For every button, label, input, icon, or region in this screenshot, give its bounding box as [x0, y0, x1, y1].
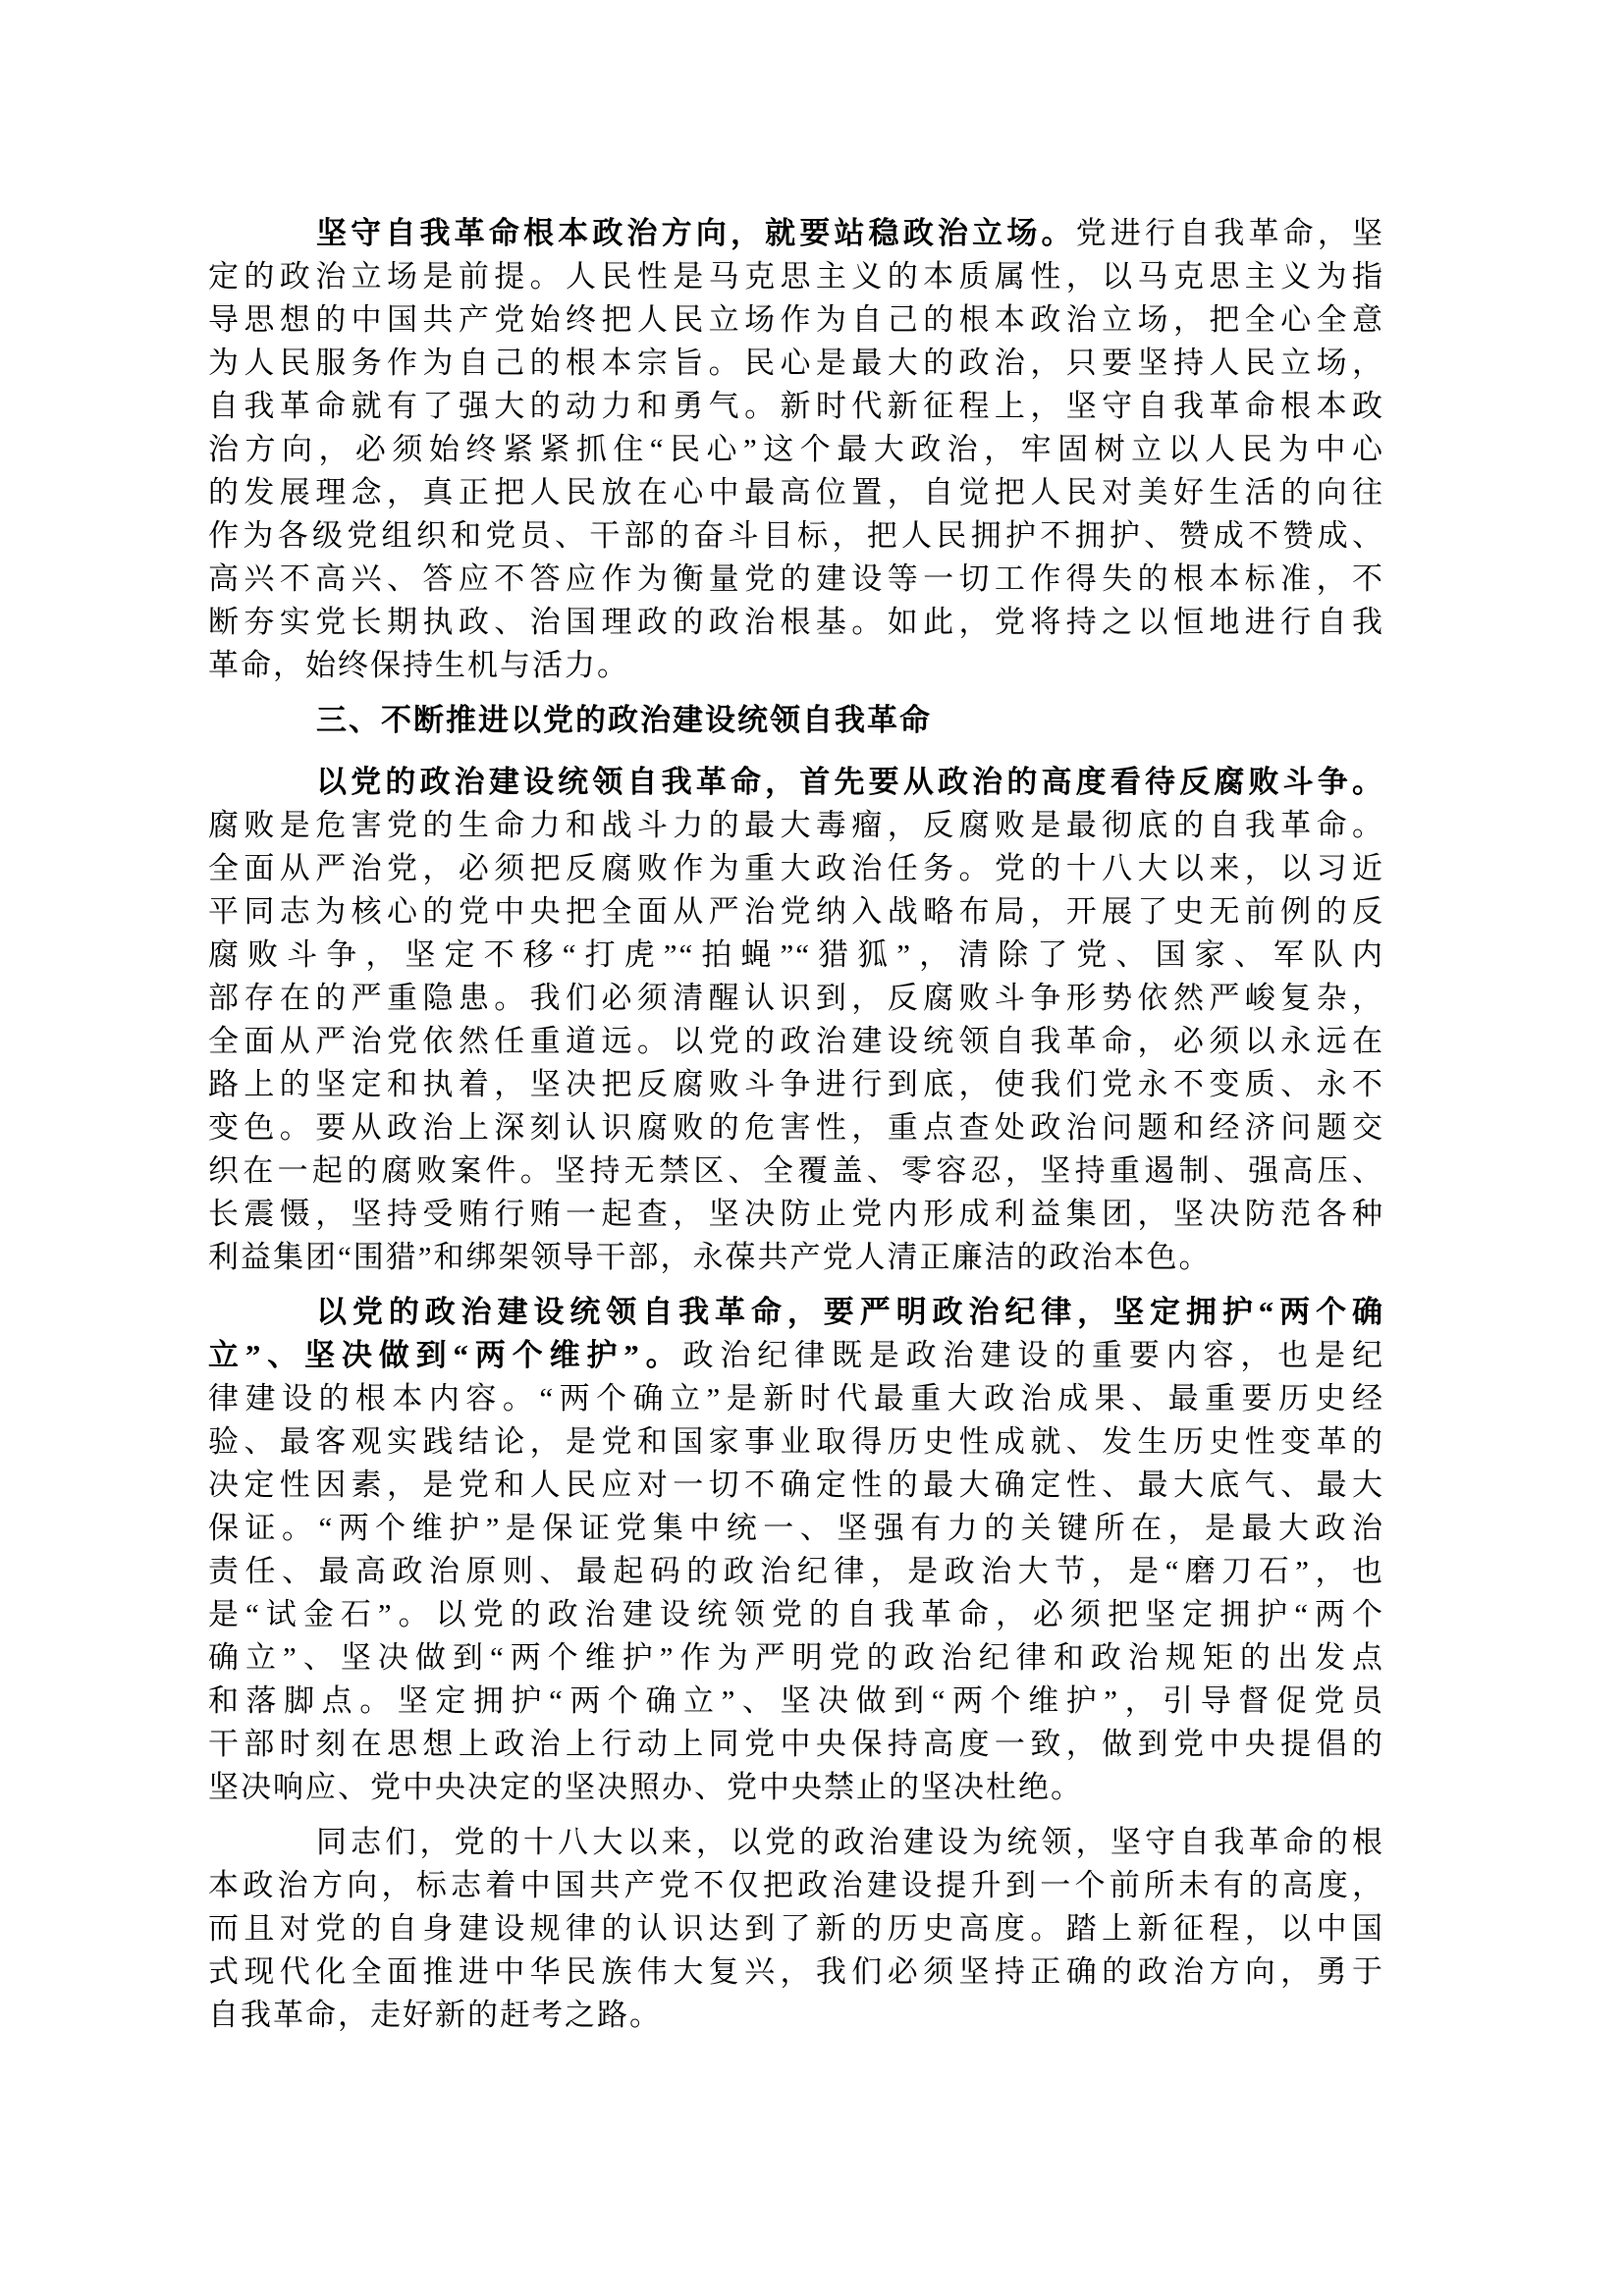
- text-run: 路上的坚定和执着，坚决把反腐败斗争进行到底，使我们党永不变质、永不: [208, 1067, 1384, 1101]
- text-line: 路上的坚定和执着，坚决把反腐败斗争进行到底，使我们党永不变质、永不: [208, 1063, 1384, 1106]
- text-run: 长震慑，坚持受贿行贿一起查，坚决防止党内形成利益集团，坚决防范各种: [208, 1197, 1384, 1231]
- text-run: 自我革命就有了强大的动力和勇气。新时代新征程上，坚守自我革命根本政: [208, 389, 1384, 423]
- text-run: 腐败斗争，坚定不移“打虎”“拍蝇”“猎狐”，清除了党、国家、军队内: [208, 937, 1384, 972]
- text-line: 律建设的根本内容。“两个确立”是新时代最重大政治成果、最重要历史经: [208, 1377, 1384, 1420]
- text-run: 责任、最高政治原则、最起码的政治纪律，是政治大节，是“磨刀石”，也: [208, 1554, 1384, 1588]
- text-line: 是“试金石”。以党的政治建设统领党的自我革命，必须把坚定拥护“两个: [208, 1593, 1384, 1636]
- text-line: 而且对党的自身建设规律的认识达到了新的历史高度。踏上新征程，以中国: [208, 1907, 1384, 1950]
- text-line: 保证。“两个维护”是保证党集中统一、坚强有力的关键所在，是最大政治: [208, 1507, 1384, 1550]
- text-line: 导思想的中国共产党始终把人民立场作为自己的根本政治立场，把全心全意: [208, 298, 1384, 342]
- text-run: 干部时刻在思想上政治上行动上同党中央保持高度一致，做到党中央提倡的: [208, 1727, 1384, 1761]
- text-run: 验、最客观实践结论，是党和国家事业取得历史性成就、发生历史性变革的: [208, 1424, 1384, 1459]
- text-run: 平同志为核心的党中央把全面从严治党纳入战略布局，开展了史无前例的反: [208, 894, 1384, 929]
- text-line: 确立”、坚决做到“两个维护”作为严明党的政治纪律和政治规矩的出发点: [208, 1636, 1384, 1680]
- text-run: 部存在的严重隐患。我们必须清醒认识到，反腐败斗争形势依然严峻复杂，: [208, 981, 1384, 1015]
- text-line: 部存在的严重隐患。我们必须清醒认识到，反腐败斗争形势依然严峻复杂，: [208, 977, 1384, 1020]
- text-line: 本政治方向，标志着中国共产党不仅把政治建设提升到一个前所未有的高度，: [208, 1864, 1384, 1907]
- text-run: 保证。“两个维护”是保证党集中统一、坚强有力的关键所在，是最大政治: [208, 1511, 1384, 1545]
- text-line: 高兴不高兴、答应不答应作为衡量党的建设等一切工作得失的根本标准，不: [208, 558, 1384, 601]
- text-line: 利益集团“围猎”和绑架领导干部，永葆共产党人清正廉洁的政治本色。: [208, 1236, 1384, 1279]
- paragraph: 以党的政治建设统领自我革命，首先要从政治的高度看待反腐败斗争。腐败是危害党的生命…: [208, 761, 1384, 1279]
- text-run: 全面从严治党，必须把反腐败作为重大政治任务。党的十八大以来，以习近: [208, 851, 1384, 885]
- text-line: 变色。要从政治上深刻认识腐败的危害性，重点查处政治问题和经济问题交: [208, 1106, 1384, 1149]
- text-line: 决定性因素，是党和人民应对一切不确定性的最大确定性、最大底气、最大: [208, 1464, 1384, 1507]
- text-line: 全面从严治党，必须把反腐败作为重大政治任务。党的十八大以来，以习近: [208, 847, 1384, 890]
- text-run: 定的政治立场是前提。人民性是马克思主义的本质属性，以马克思主义为指: [208, 259, 1384, 294]
- document-page: 坚守自我革命根本政治方向，就要站稳政治立场。党进行自我革命，坚定的政治立场是前提…: [0, 0, 1624, 2296]
- paragraph: 同志们，党的十八大以来，以党的政治建设为统领，坚守自我革命的根本政治方向，标志着…: [208, 1821, 1384, 2037]
- text-line: 断夯实党长期执政、治国理政的政治根基。如此，党将持之以恒地进行自我: [208, 601, 1384, 644]
- text-line: 责任、最高政治原则、最起码的政治纪律，是政治大节，是“磨刀石”，也: [208, 1550, 1384, 1593]
- paragraph: 坚守自我革命根本政治方向，就要站稳政治立场。党进行自我革命，坚定的政治立场是前提…: [208, 212, 1384, 687]
- text-run: 导思想的中国共产党始终把人民立场作为自己的根本政治立场，把全心全意: [208, 302, 1384, 337]
- text-line: 治方向，必须始终紧紧抓住“民心”这个最大政治，牢固树立以人民为中心: [208, 428, 1384, 471]
- paragraph: 以党的政治建设统领自我革命，要严明政治纪律，坚定拥护“两个确立”、坚决做到“两个…: [208, 1291, 1384, 1809]
- text-line: 以党的政治建设统领自我革命，要严明政治纪律，坚定拥护“两个确: [208, 1291, 1384, 1334]
- text-run: 自我革命，走好新的赶考之路。: [208, 1998, 662, 2032]
- text-run: 和落脚点。坚定拥护“两个确立”、坚决做到“两个维护”，引导督促党员: [208, 1683, 1384, 1718]
- text-line: 的发展理念，真正把人民放在心中最高位置，自觉把人民对美好生活的向往: [208, 471, 1384, 514]
- text-run: 变色。要从政治上深刻认识腐败的危害性，重点查处政治问题和经济问题交: [208, 1110, 1384, 1145]
- text-run: 同志们，党的十八大以来，以党的政治建设为统领，坚守自我革命的根: [316, 1825, 1384, 1859]
- text-line: 坚决响应、党中央决定的坚决照办、党中央禁止的坚决杜绝。: [208, 1766, 1384, 1809]
- text-line: 和落脚点。坚定拥护“两个确立”、坚决做到“两个维护”，引导督促党员: [208, 1680, 1384, 1723]
- text-line: 立”、坚决做到“两个维护”。政治纪律既是政治建设的重要内容，也是纪: [208, 1334, 1384, 1377]
- text-line: 干部时刻在思想上政治上行动上同党中央保持高度一致，做到党中央提倡的: [208, 1723, 1384, 1766]
- bold-text-run: 坚守自我革命根本政治方向，就要站稳政治立场。: [316, 216, 1076, 250]
- text-line: 自我革命就有了强大的动力和勇气。新时代新征程上，坚守自我革命根本政: [208, 385, 1384, 428]
- text-run: 利益集团“围猎”和绑架领导干部，永葆共产党人清正廉洁的政治本色。: [208, 1240, 1212, 1274]
- text-run: 革命，始终保持生机与活力。: [208, 648, 629, 682]
- text-line: 同志们，党的十八大以来，以党的政治建设为统领，坚守自我革命的根: [208, 1821, 1384, 1864]
- section-heading: 三、不断推进以党的政治建设统领自我革命: [208, 699, 1384, 742]
- text-run: 的发展理念，真正把人民放在心中最高位置，自觉把人民对美好生活的向往: [208, 475, 1384, 509]
- text-run: 高兴不高兴、答应不答应作为衡量党的建设等一切工作得失的根本标准，不: [208, 561, 1384, 596]
- text-run: 政治纪律既是政治建设的重要内容，也是纪: [683, 1338, 1384, 1372]
- bold-text-run: 三、不断推进以党的政治建设统领自我革命: [316, 703, 932, 737]
- text-run: 决定性因素，是党和人民应对一切不确定性的最大确定性、最大底气、最大: [208, 1468, 1384, 1502]
- text-run: 断夯实党长期执政、治国理政的政治根基。如此，党将持之以恒地进行自我: [208, 605, 1384, 639]
- text-run: 腐败是危害党的生命力和战斗力的最大毒瘤，反腐败是最彻底的自我革命。: [208, 808, 1384, 842]
- text-line: 腐败是危害党的生命力和战斗力的最大毒瘤，反腐败是最彻底的自我革命。: [208, 804, 1384, 847]
- text-line: 定的政治立场是前提。人民性是马克思主义的本质属性，以马克思主义为指: [208, 255, 1384, 298]
- text-run: 作为各级党组织和党员、干部的奋斗目标，把人民拥护不拥护、赞成不赞成、: [208, 518, 1384, 553]
- text-line: 平同志为核心的党中央把全面从严治党纳入战略布局，开展了史无前例的反: [208, 890, 1384, 934]
- text-run: 坚决响应、党中央决定的坚决照办、党中央禁止的坚决杜绝。: [208, 1770, 1083, 1804]
- text-run: 织在一起的腐败案件。坚持无禁区、全覆盖、零容忍，坚持重遏制、强高压、: [208, 1153, 1384, 1188]
- text-line: 坚守自我革命根本政治方向，就要站稳政治立场。党进行自我革命，坚: [208, 212, 1384, 255]
- text-line: 作为各级党组织和党员、干部的奋斗目标，把人民拥护不拥护、赞成不赞成、: [208, 514, 1384, 558]
- text-line: 织在一起的腐败案件。坚持无禁区、全覆盖、零容忍，坚持重遏制、强高压、: [208, 1149, 1384, 1193]
- text-run: 本政治方向，标志着中国共产党不仅把政治建设提升到一个前所未有的高度，: [208, 1868, 1384, 1902]
- text-line: 为人民服务作为自己的根本宗旨。民心是最大的政治，只要坚持人民立场，: [208, 342, 1384, 385]
- text-line: 自我革命，走好新的赶考之路。: [208, 1994, 1384, 2037]
- bold-text-run: 以党的政治建设统领自我革命，要严明政治纪律，坚定拥护“两个确: [316, 1295, 1384, 1329]
- text-run: 是“试金石”。以党的政治建设统领党的自我革命，必须把坚定拥护“两个: [208, 1597, 1384, 1631]
- text-line: 以党的政治建设统领自我革命，首先要从政治的高度看待反腐败斗争。: [208, 761, 1384, 804]
- text-line: 全面从严治党依然任重道远。以党的政治建设统领自我革命，必须以永远在: [208, 1020, 1384, 1063]
- text-line: 腐败斗争，坚定不移“打虎”“拍蝇”“猎狐”，清除了党、国家、军队内: [208, 934, 1384, 977]
- text-run: 党进行自我革命，坚: [1076, 216, 1384, 250]
- text-run: 为人民服务作为自己的根本宗旨。民心是最大的政治，只要坚持人民立场，: [208, 346, 1384, 380]
- bold-text-run: 以党的政治建设统领自我革命，首先要从政治的高度看待反腐败斗争。: [316, 765, 1384, 799]
- text-run: 而且对党的自身建设规律的认识达到了新的历史高度。踏上新征程，以中国: [208, 1911, 1384, 1946]
- text-run: 确立”、坚决做到“两个维护”作为严明党的政治纪律和政治规矩的出发点: [208, 1640, 1384, 1675]
- text-run: 律建设的根本内容。“两个确立”是新时代最重大政治成果、最重要历史经: [208, 1381, 1384, 1415]
- text-line: 三、不断推进以党的政治建设统领自我革命: [208, 699, 1384, 742]
- text-line: 革命，始终保持生机与活力。: [208, 644, 1384, 687]
- text-run: 治方向，必须始终紧紧抓住“民心”这个最大政治，牢固树立以人民为中心: [208, 432, 1384, 466]
- text-line: 长震慑，坚持受贿行贿一起查，坚决防止党内形成利益集团，坚决防范各种: [208, 1193, 1384, 1236]
- bold-text-run: 立”、坚决做到“两个维护”。: [208, 1338, 683, 1372]
- text-run: 式现代化全面推进中华民族伟大复兴，我们必须坚持正确的政治方向，勇于: [208, 1954, 1384, 1989]
- text-run: 全面从严治党依然任重道远。以党的政治建设统领自我革命，必须以永远在: [208, 1024, 1384, 1058]
- text-line: 验、最客观实践结论，是党和国家事业取得历史性成就、发生历史性变革的: [208, 1420, 1384, 1464]
- text-line: 式现代化全面推进中华民族伟大复兴，我们必须坚持正确的政治方向，勇于: [208, 1950, 1384, 1994]
